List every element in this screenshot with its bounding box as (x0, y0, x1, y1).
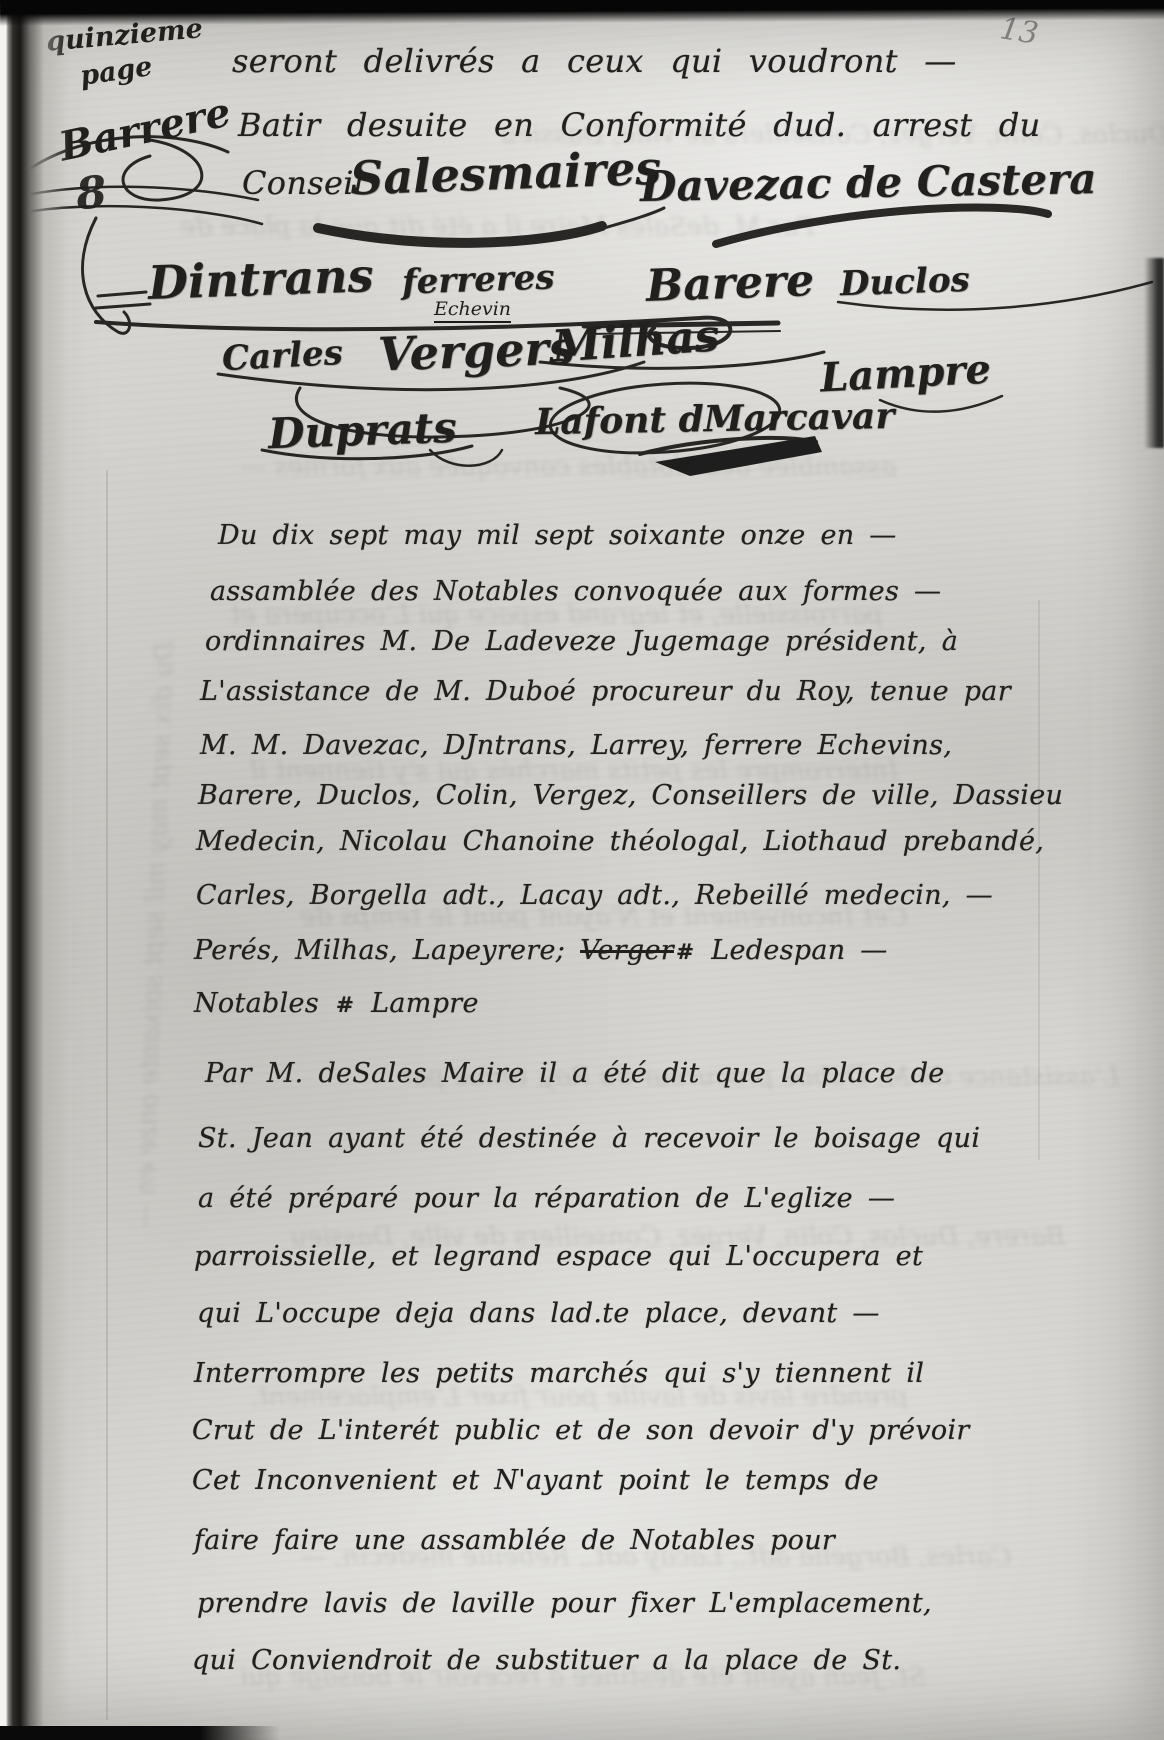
insertion-mark: # (334, 993, 356, 1018)
entry-line-9-pre: Perés, Milhas, Lapeyrere; (194, 935, 580, 966)
signature-lampre: Lampre (819, 346, 992, 402)
entry-line-6: Barere, Duclos, Colin, Vergez, Conseille… (198, 780, 1063, 811)
bleedthrough-text: assamblée des Notables convoquée aux for… (240, 452, 897, 482)
insertion-mark: # (674, 940, 696, 965)
scan-bottom-edge (0, 1726, 280, 1740)
signature-vergers: Vergers (377, 321, 575, 382)
entry-line-10-pre: Notables (194, 988, 334, 1019)
signature-duclos: Duclos (839, 260, 970, 305)
opening-line-1: seront delivrés a ceux qui voudront — (232, 42, 957, 80)
margin-fold-line (106, 470, 108, 1720)
deliberation-line-3: a été préparé pour la réparation de L'eg… (198, 1183, 895, 1214)
deliberation-line-2: St. Jean ayant été destinée à recevoir l… (198, 1123, 980, 1154)
signature-mayor: Salesmaires (349, 141, 662, 206)
signature-lafont: Lafont dMarcavar (535, 395, 895, 443)
margin-signature: Barrere (55, 88, 235, 170)
bleedthrough-text: Par M. deSales Maire il a été dit que la… (180, 212, 815, 242)
signature-ferreres-title: Echevin (434, 298, 511, 323)
entry-line-10-post: Lampre (356, 988, 478, 1019)
entry-line-9-post: Ledespan — (696, 935, 887, 966)
bleedthrough-text: Du dix sept may mil sept soixante onze e… (129, 640, 180, 1230)
deliberation-line-10: prendre lavis de laville pour fixer L'em… (197, 1588, 932, 1619)
paper-crease (1038, 600, 1040, 1160)
signature-ferreres: ferreres (401, 257, 555, 302)
entry-line-3: ordinnaires M. De Ladeveze Jugemage prés… (205, 626, 958, 657)
entry-line-5: M. M. Davezac, DJntrans, Larrey, ferrere… (200, 730, 952, 761)
signature-duprats: Duprats (267, 403, 457, 459)
signature-carles: Carles (221, 333, 344, 379)
deliberation-line-7: Crut de L'interét public et de son devoi… (192, 1415, 970, 1446)
binding-edge (0, 0, 70, 1740)
deliberation-line-11: qui Conviendroit de substituer a la plac… (192, 1645, 901, 1676)
signature-barere: Barere (645, 255, 815, 312)
entry-line-8: Carles, Borgella adt., Lacay adt., Rebei… (196, 880, 993, 911)
deliberation-line-5: qui L'occupe deja dans lad.te place, dev… (197, 1298, 880, 1329)
signature-milhas: Milhas (550, 310, 721, 373)
entry-line-7: Medecin, Nicolau Chanoine théologal, Lio… (196, 826, 1044, 857)
scan-top-edge (0, 0, 1164, 26)
deliberation-line-1: Par M. deSales Maire il a été dit que la… (205, 1058, 945, 1089)
entry-line-2: assamblée des Notables convoquée aux for… (210, 576, 941, 607)
entry-line-9: Perés, Milhas, Lapeyrere; Verger# Ledesp… (194, 935, 888, 966)
signature-dintrans: Dintrans (147, 248, 374, 310)
opening-line-3: Conseil (242, 164, 364, 202)
entry-line-10: Notables # Lampre (194, 988, 479, 1019)
manuscript-page-scan: Barere, Duclos, Colin, Vergez, Conseille… (0, 0, 1164, 1740)
entry-line-9-struck-word: Verger (580, 935, 674, 966)
deliberation-line-8: Cet Inconvenient et N'ayant point le tem… (192, 1465, 879, 1496)
opening-line-2: Batir desuite en Conformité dud. arrest … (238, 106, 1041, 144)
entry-line-4: L'assistance de M. Duboé procureur du Ro… (200, 676, 1011, 707)
entry-line-1: Du dix sept may mil sept soixante onze e… (218, 520, 897, 551)
right-edge-ink-smudge (1144, 258, 1164, 448)
margin-paraph: 8 (73, 167, 109, 221)
deliberation-line-6: Interrompre les petits marchés qui s'y t… (194, 1358, 924, 1389)
margin-note-word2: page (78, 51, 154, 92)
deliberation-line-9: faire faire une assamblée de Notables po… (194, 1525, 835, 1556)
deliberation-line-4: parroissielle, et legrand espace qui L'o… (194, 1241, 923, 1272)
signature-davezac: Davezac de Castera (640, 154, 1097, 211)
